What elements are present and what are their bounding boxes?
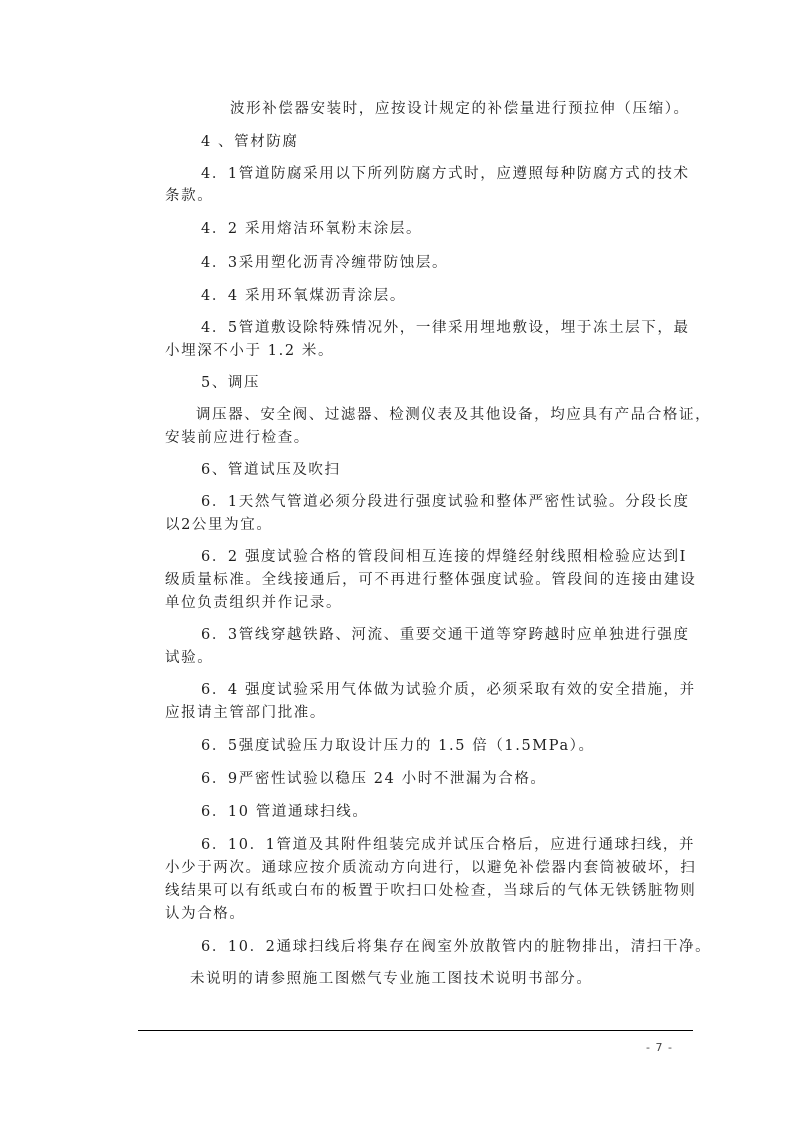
text-line: 6．5强度试验压力取设计压力的 1.5 倍（1.5MPa）。 (201, 737, 595, 755)
text-line: 条款。 (165, 187, 213, 205)
text-line: 6．10．1管道及其附件组装完成并试压合格后，应进行通球扫线，并 (201, 836, 695, 854)
text-line: 试验。 (165, 649, 213, 667)
text-line: 认为合格。 (165, 905, 246, 923)
text-line: 小埋深不小于 1.2 米。 (165, 342, 334, 360)
text-line: 未说明的请参照施工图燃气专业施工图技术说明书部分。 (190, 970, 593, 988)
text-line: 小少于两次。通球应按介质流动方向进行，以避免补偿器内套筒被破坏，扫 (165, 859, 696, 877)
text-line: 4．4 采用环氧煤沥青涂层。 (201, 287, 406, 305)
text-line: 4．5管道敷设除特殊情况外，一律采用埋地敷设，埋于冻土层下，最 (201, 319, 690, 337)
text-line: 6．10 管道通球扫线。 (201, 803, 368, 821)
text-line: 6．9严密性试验以稳压 24 小时不泄漏为合格。 (201, 770, 547, 788)
text-line: 线结果可以有纸或白布的板置于吹扫口处检查，当球后的气体无铁锈脏物则 (165, 882, 696, 900)
text-line: 6．1天然气管道必须分段进行强度试验和整体严密性试验。分段长度 (201, 493, 690, 511)
text-line: 以2公里为宜。 (165, 516, 272, 534)
text-line: 应报请主管部门批准。 (165, 704, 326, 722)
text-line: 5、调压 (201, 374, 260, 392)
page-number: - 7 - (646, 1041, 673, 1054)
text-line: 波形补偿器安装时，应按设计规定的补偿量进行预拉伸（压缩）。 (230, 100, 690, 118)
text-line: 6．2 强度试验合格的管段间相互连接的焊缝经射线照相检验应达到Ⅰ (201, 548, 687, 566)
document-page: 波形补偿器安装时，应按设计规定的补偿量进行预拉伸（压缩）。4 、管材防腐4．1管… (0, 0, 793, 1122)
text-line: 6．10．2通球扫线后将集存在阀室外放散管内的脏物排出，清扫干净。 (201, 938, 711, 956)
text-line: 6、管道试压及吹扫 (201, 461, 341, 479)
text-line: 调压器、安全阀、过滤器、检测仪表及其他设备，均应具有产品合格证， (196, 406, 711, 424)
text-line: 4．3采用塑化沥青冷缠带防蚀层。 (201, 254, 448, 272)
text-line: 单位负责组织并作记录。 (165, 594, 342, 612)
text-line: 4．1管道防腐采用以下所列防腐方式时，应遵照每种防腐方式的技术 (201, 165, 690, 183)
text-line: 6．4 强度试验采用气体做为试验介质，必须采取有效的安全措施，并 (201, 681, 696, 699)
footer-divider (138, 1030, 693, 1031)
text-line: 4．2 采用熔洁环氧粉末涂层。 (201, 220, 422, 238)
text-line: 级质量标准。全线接通后，可不再进行整体强度试验。管段间的连接由建设 (165, 571, 696, 589)
text-line: 安装前应进行检查。 (165, 429, 310, 447)
text-line: 6．3管线穿越铁路、河流、重要交通干道等穿跨越时应单独进行强度 (201, 626, 690, 644)
text-line: 4 、管材防腐 (201, 133, 299, 151)
